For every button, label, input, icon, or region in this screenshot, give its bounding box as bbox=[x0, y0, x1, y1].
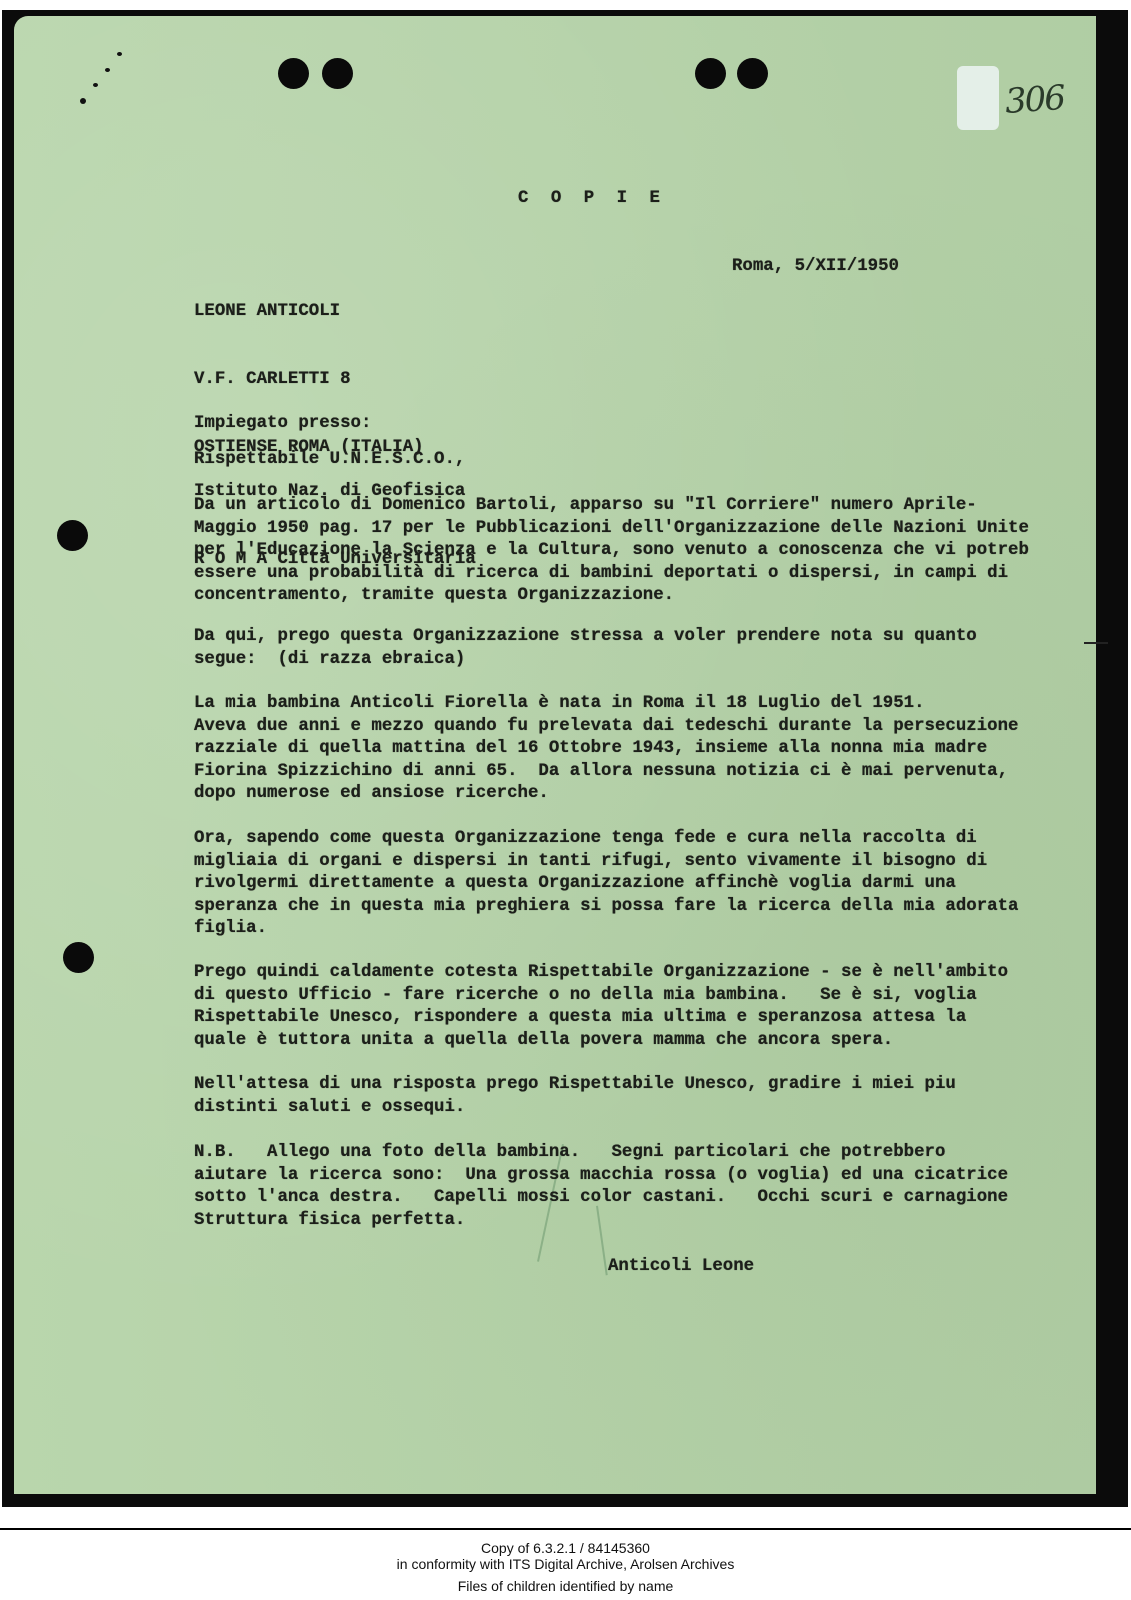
ink-speck bbox=[80, 98, 86, 104]
signature: Anticoli Leone bbox=[608, 1256, 754, 1279]
footer-copy-reference: Copy of 6.3.2.1 / 84145360 bbox=[0, 1540, 1131, 1556]
footer-conformity: in conformity with ITS Digital Archive, … bbox=[0, 1556, 1131, 1572]
paragraph: Ora, sapendo come questa Organizzazione … bbox=[194, 828, 1018, 941]
sender-line: LEONE ANTICOLI bbox=[194, 301, 424, 324]
paragraph-line: figlia. bbox=[194, 918, 1018, 941]
ink-speck bbox=[105, 68, 110, 72]
handwritten-page-number: 306 bbox=[1004, 78, 1066, 122]
paragraph-line: razziale di quella mattina del 16 Ottobr… bbox=[194, 738, 1018, 761]
paragraph-line: Fiorina Spizzichino di anni 65. Da allor… bbox=[194, 761, 1018, 784]
footer-divider bbox=[0, 1528, 1131, 1530]
paragraph-line: Ora, sapendo come questa Organizzazione … bbox=[194, 828, 1018, 851]
paragraph-line: essere una probabilità di ricerca di bam… bbox=[194, 563, 1029, 586]
ink-speck bbox=[93, 83, 98, 87]
paragraph-line: speranza che in questa mia preghiera si … bbox=[194, 896, 1018, 919]
footer-collection: Files of children identified by name bbox=[0, 1578, 1131, 1594]
punch-hole bbox=[63, 942, 94, 973]
paragraph-line: Aveva due anni e mezzo quando fu preleva… bbox=[194, 716, 1018, 739]
paper-tab-mark bbox=[957, 66, 999, 130]
paragraph-line: sotto l'anca destra. Capelli mossi color… bbox=[194, 1187, 1008, 1210]
paragraph-line: migliaia di organi e dispersi in tanti r… bbox=[194, 851, 1018, 874]
document-title: C O P I E bbox=[518, 188, 666, 211]
paragraph-line: Prego quindi caldamente cotesta Rispetta… bbox=[194, 962, 1008, 985]
paragraph-line: concentramento, tramite questa Organizza… bbox=[194, 585, 1029, 608]
paragraph-line: Maggio 1950 pag. 17 per le Pubblicazioni… bbox=[194, 518, 1029, 541]
paragraph-line: dopo numerose ed ansiose ricerche. bbox=[194, 783, 1018, 806]
ink-speck bbox=[117, 52, 122, 56]
punch-hole bbox=[737, 58, 768, 89]
punch-hole bbox=[322, 58, 353, 89]
paragraph-line: segue: (di razza ebraica) bbox=[194, 649, 977, 672]
paragraph: Da qui, prego questa Organizzazione stre… bbox=[194, 626, 977, 671]
paragraph-line: La mia bambina Anticoli Fiorella è nata … bbox=[194, 693, 1018, 716]
paragraph-line: di questo Ufficio - fare ricerche o no d… bbox=[194, 985, 1008, 1008]
paragraph: N.B. Allego una foto della bambina. Segn… bbox=[194, 1142, 1008, 1232]
paragraph-line: aiutare la ricerca sono: Una grossa macc… bbox=[194, 1165, 1008, 1188]
paragraph-line: distinti saluti e ossequi. bbox=[194, 1097, 956, 1120]
paragraph: Prego quindi caldamente cotesta Rispetta… bbox=[194, 962, 1008, 1052]
paragraph: Da un articolo di Domenico Bartoli, appa… bbox=[194, 495, 1029, 608]
letter-date: Roma, 5/XII/1950 bbox=[732, 256, 899, 279]
paragraph-line: Da qui, prego questa Organizzazione stre… bbox=[194, 626, 977, 649]
salutation: Rispettabile U.N.E.S.C.O., bbox=[194, 449, 465, 472]
punch-hole bbox=[278, 58, 309, 89]
paragraph-line: quale è tuttora unita a quella della pov… bbox=[194, 1030, 1008, 1053]
punch-hole bbox=[57, 520, 88, 551]
paragraph: La mia bambina Anticoli Fiorella è nata … bbox=[194, 693, 1018, 806]
paragraph-line: Rispettabile Unesco, rispondere a questa… bbox=[194, 1007, 1008, 1030]
punch-hole bbox=[695, 58, 726, 89]
edge-mark bbox=[1084, 642, 1108, 644]
paragraph-line: rivolgermi direttamente a questa Organiz… bbox=[194, 873, 1018, 896]
paragraph: Nell'attesa di una risposta prego Rispet… bbox=[194, 1074, 956, 1119]
paragraph-line: Da un articolo di Domenico Bartoli, appa… bbox=[194, 495, 1029, 518]
employer-line: Impiegato presso: bbox=[194, 413, 476, 436]
paragraph-line: Nell'attesa di una risposta prego Rispet… bbox=[194, 1074, 956, 1097]
paragraph-line: per l'Educazione la Scienza e la Cultura… bbox=[194, 540, 1029, 563]
paragraph-line: N.B. Allego una foto della bambina. Segn… bbox=[194, 1142, 1008, 1165]
paragraph-line: Struttura fisica perfetta. bbox=[194, 1210, 1008, 1233]
